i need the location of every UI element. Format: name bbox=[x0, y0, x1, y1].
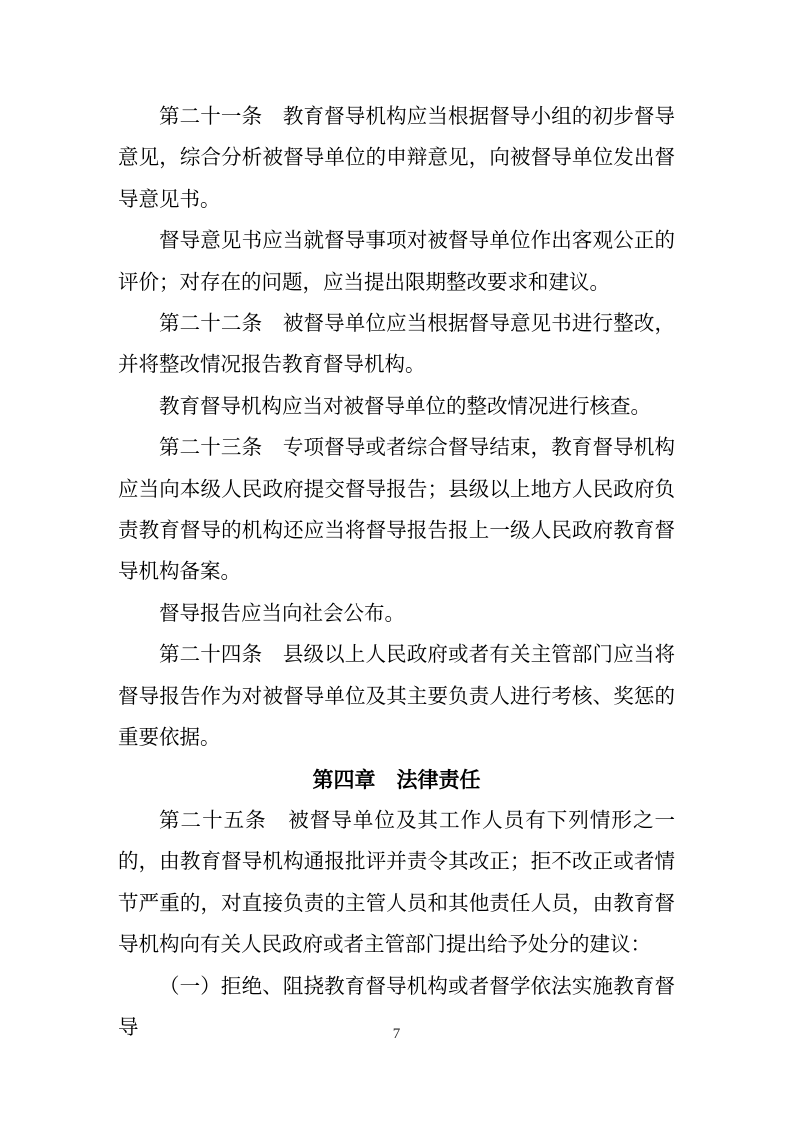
para-report-publication: 督导报告应当向社会公布。 bbox=[118, 594, 675, 635]
chapter-4-heading: 第四章 法律责任 bbox=[118, 760, 675, 801]
page-number: 7 bbox=[0, 1024, 793, 1044]
document-page: 第二十一条 教育督导机构应当根据督导小组的初步督导意见，综合分析被督导单位的申辩… bbox=[0, 0, 793, 1122]
document-text-block: 第二十一条 教育督导机构应当根据督导小组的初步督导意见，综合分析被督导单位的申辩… bbox=[118, 97, 675, 1049]
para-article-22: 第二十二条 被督导单位应当根据督导意见书进行整改，并将整改情况报告教育督导机构。 bbox=[118, 304, 675, 387]
para-rectification-verification: 教育督导机构应当对被督导单位的整改情况进行核查。 bbox=[118, 387, 675, 428]
para-article-25: 第二十五条 被督导单位及其工作人员有下列情形之一的，由教育督导机构通报批评并责令… bbox=[118, 801, 675, 967]
para-article-21: 第二十一条 教育督导机构应当根据督导小组的初步督导意见，综合分析被督导单位的申辩… bbox=[118, 97, 675, 221]
para-opinion-letter: 督导意见书应当就督导事项对被督导单位作出客观公正的评价；对存在的问题，应当提出限… bbox=[118, 221, 675, 304]
para-article-24: 第二十四条 县级以上人民政府或者有关主管部门应当将督导报告作为对被督导单位及其主… bbox=[118, 635, 675, 759]
para-article-23: 第二十三条 专项督导或者综合督导结束，教育督导机构应当向本级人民政府提交督导报告… bbox=[118, 428, 675, 594]
